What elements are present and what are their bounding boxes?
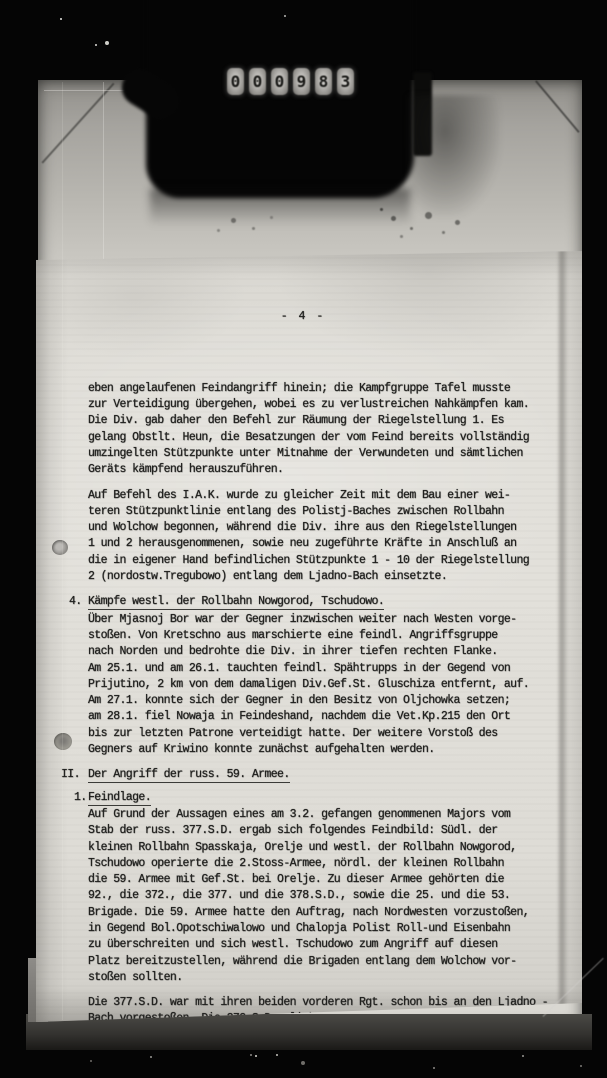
paragraph: Über Mjasnoj Bor war der Gegner inzwisch… — [88, 612, 558, 759]
typed-line: 2 (nordostw.Tregubowo) entlang dem Ljadn… — [88, 569, 558, 585]
clamp-smudge — [408, 95, 500, 217]
typed-line: bis zur letzten Patrone verteidigt hatte… — [88, 726, 558, 742]
typed-line: Über Mjasnoj Bor war der Gegner inzwisch… — [88, 612, 558, 628]
camera-clamp-shadow — [146, 0, 414, 198]
typed-line: und Wolchow begonnen, während die Div. i… — [88, 520, 558, 536]
typed-line: die 59. Armee mit Gef.St. bei Orelje. Zu… — [88, 872, 558, 888]
clamp-shadow-fade — [150, 188, 410, 226]
typed-line: Am 25.1. und am 26.1. tauchten feindl. S… — [88, 661, 558, 677]
typed-line: Platz bereitzustellen, während die Briga… — [88, 954, 558, 970]
typed-line: eben angelaufenen Feindangriff hinein; d… — [88, 381, 558, 397]
scratch-line-vertical-2 — [103, 82, 104, 272]
typed-line: stoßen. Von Kretschno aus marschierte ei… — [88, 628, 558, 644]
typed-line: Auf Grund der Aussagen eines am 3.2. gef… — [88, 807, 558, 823]
punch-hole-top — [52, 540, 68, 555]
section-heading: 4.Kämpfe westl. der Rollbahn Nowgorod, T… — [88, 594, 558, 610]
section-heading: 1.Feindlage. — [88, 790, 558, 806]
page-right-edge-shadow — [557, 250, 568, 1022]
typed-line: kleinen Rollbahn Spasskaja, Orelje und w… — [88, 840, 558, 856]
scratch-line-vertical-1 — [62, 82, 63, 1020]
typed-line: nach Norden und bedrohte die Div. in ihr… — [88, 644, 558, 660]
counter-digit: 0 — [249, 68, 266, 95]
frame-counter: 000983 — [227, 68, 354, 95]
typed-line: die in eigener Hand befindlichen Stützpu… — [88, 553, 558, 569]
counter-digit: 9 — [293, 68, 310, 95]
paragraph: Auf Grund der Aussagen eines am 3.2. gef… — [88, 807, 558, 986]
ink-speckles — [380, 208, 383, 211]
typed-line: 1 und 2 herausgenommenen, sowie neu zuge… — [88, 536, 558, 552]
paragraph: Auf Befehl des I.A.K. wurde zu gleicher … — [88, 488, 558, 586]
counter-digit: 8 — [315, 68, 332, 95]
section-heading: II.Der Angriff der russ. 59. Armee. — [88, 767, 558, 783]
heading-number: 1. — [74, 790, 87, 806]
typed-line: Die Div. gab daher den Befehl zur Räumun… — [88, 413, 558, 429]
typed-line: umzingelten Stützpunkte unter Mitnahme d… — [88, 446, 558, 462]
film-speckles — [150, 1056, 152, 1058]
bottom-film-band — [26, 1014, 592, 1050]
typed-line: 92., die 372., die 377. und die 378.S.D.… — [88, 888, 558, 904]
typed-line: Stab der russ. 377.S.D. ergab sich folge… — [88, 823, 558, 839]
microfilm-scan-frame: 000983 - 4 - eben angelaufenen Feindangr… — [0, 0, 607, 1078]
counter-digit: 0 — [271, 68, 288, 95]
typed-line: Am 27.1. konnte sich der Gegner in den B… — [88, 693, 558, 709]
counter-digit: 3 — [337, 68, 354, 95]
heading-label: Der Angriff der russ. 59. Armee. — [88, 768, 290, 783]
typed-line: Gegners auf Kriwino konnte zunächst aufg… — [88, 742, 558, 758]
heading-label: Kämpfe westl. der Rollbahn Nowgorod, Tsc… — [88, 595, 384, 610]
typed-line: Geräts kämpfend herauszuführen. — [88, 462, 558, 478]
typed-line: Brigade. Die 59. Armee hatte den Auftrag… — [88, 905, 558, 921]
document-page: - 4 - eben angelaufenen Feindangriff hin… — [36, 250, 582, 1022]
typed-line: stoßen sollten. — [88, 970, 558, 986]
typed-line: Prijutino, 2 km von dem damaligen Div.Ge… — [88, 677, 558, 693]
film-white-specks — [60, 18, 62, 20]
punch-hole-bottom — [54, 733, 72, 750]
typed-line: gelang Obstlt. Heun, die Besatzungen der… — [88, 430, 558, 446]
paragraph: eben angelaufenen Feindangriff hinein; d… — [88, 381, 558, 479]
typed-line: Auf Befehl des I.A.K. wurde zu gleicher … — [88, 488, 558, 504]
heading-number: II. — [61, 767, 80, 783]
typed-line: Tschudowo operierte die 2.Stoss-Armee, n… — [88, 856, 558, 872]
heading-label: Feindlage. — [88, 791, 151, 806]
typed-line: in Gegend Bol.Opotschiwalowo und Chalopj… — [88, 921, 558, 937]
typed-line: teren Stützpunktlinie entlang des Polist… — [88, 504, 558, 520]
document-text: - 4 - eben angelaufenen Feindangriff hin… — [88, 276, 558, 1069]
counter-digit: 0 — [227, 68, 244, 95]
typed-line: am 28.1. fiel Nowaja in Feindeshand, nac… — [88, 709, 558, 725]
typed-line: zur Verteidigung übergehen, wobei es zu … — [88, 397, 558, 413]
page-number: - 4 - — [88, 309, 518, 325]
typed-line: zu überschreiten und sich westl. Tschudo… — [88, 937, 558, 953]
heading-number: 4. — [69, 594, 82, 610]
